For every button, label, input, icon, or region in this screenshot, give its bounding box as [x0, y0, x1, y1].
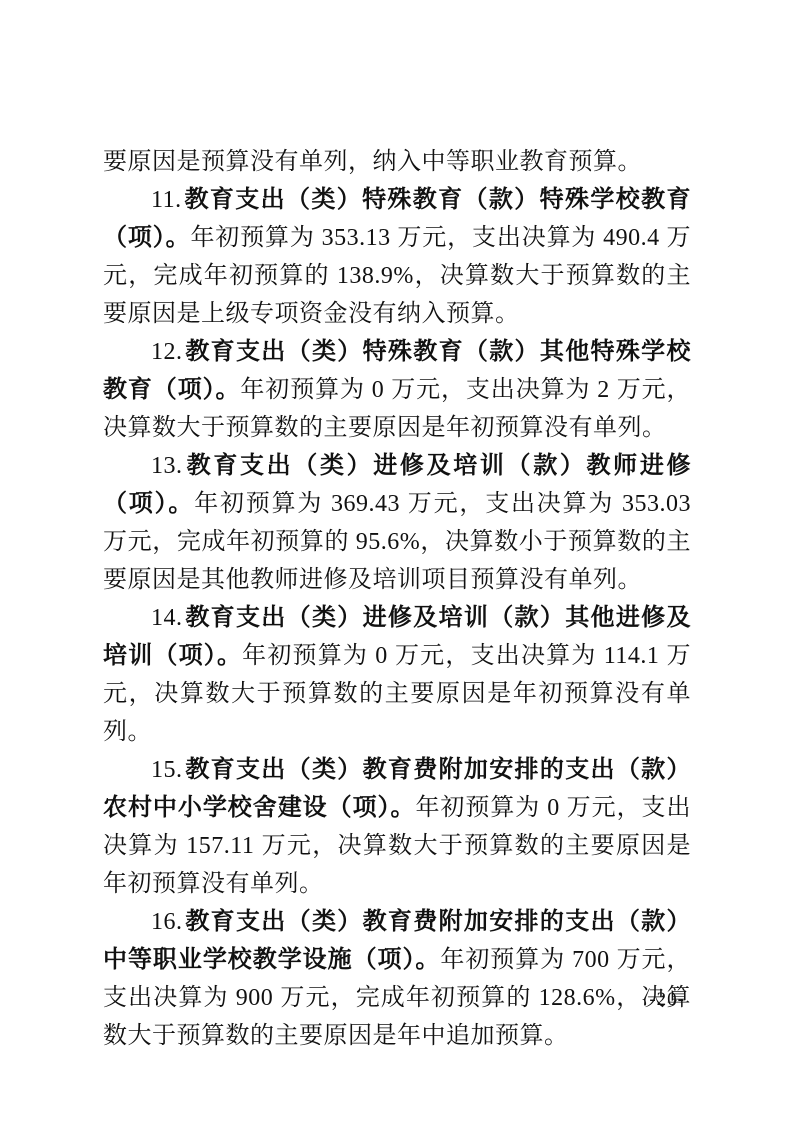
item-number: 12.: [151, 339, 183, 365]
budget-item-14: 14.教育支出（类）进修及培训（款）其他进修及培训（项）。年初预算为 0 万元，…: [103, 599, 691, 751]
budget-item-16: 16.教育支出（类）教育费附加安排的支出（款）中等职业学校教学设施（项）。年初预…: [103, 903, 691, 1055]
item-number: 15.: [151, 757, 183, 783]
budget-item-15: 15.教育支出（类）教育费附加安排的支出（款）农村中小学校舍建设（项）。年初预算…: [103, 751, 691, 903]
budget-item-12: 12.教育支出（类）特殊教育（款）其他特殊学校教育（项）。年初预算为 0 万元，…: [103, 333, 691, 447]
page-content: 要原因是预算没有单列，纳入中等职业教育预算。 11.教育支出（类）特殊教育（款）…: [103, 143, 691, 1055]
paragraph-continuation: 要原因是预算没有单列，纳入中等职业教育预算。: [103, 143, 691, 181]
budget-item-11: 11.教育支出（类）特殊教育（款）特殊学校教育（项）。年初预算为 353.13 …: [103, 181, 691, 333]
item-number: 14.: [151, 605, 183, 631]
item-body: 年初预算为 353.13 万元，支出决算为 490.4 万元，完成年初预算的 1…: [103, 225, 691, 327]
item-number: 11.: [151, 187, 182, 213]
document-page: 要原因是预算没有单列，纳入中等职业教育预算。 11.教育支出（类）特殊教育（款）…: [0, 0, 793, 1122]
item-number: 16.: [151, 909, 183, 935]
page-number: -20-: [649, 989, 685, 1011]
item-number: 13.: [151, 453, 183, 479]
budget-item-13: 13.教育支出（类）进修及培训（款）教师进修（项）。年初预算为 369.43 万…: [103, 447, 691, 599]
